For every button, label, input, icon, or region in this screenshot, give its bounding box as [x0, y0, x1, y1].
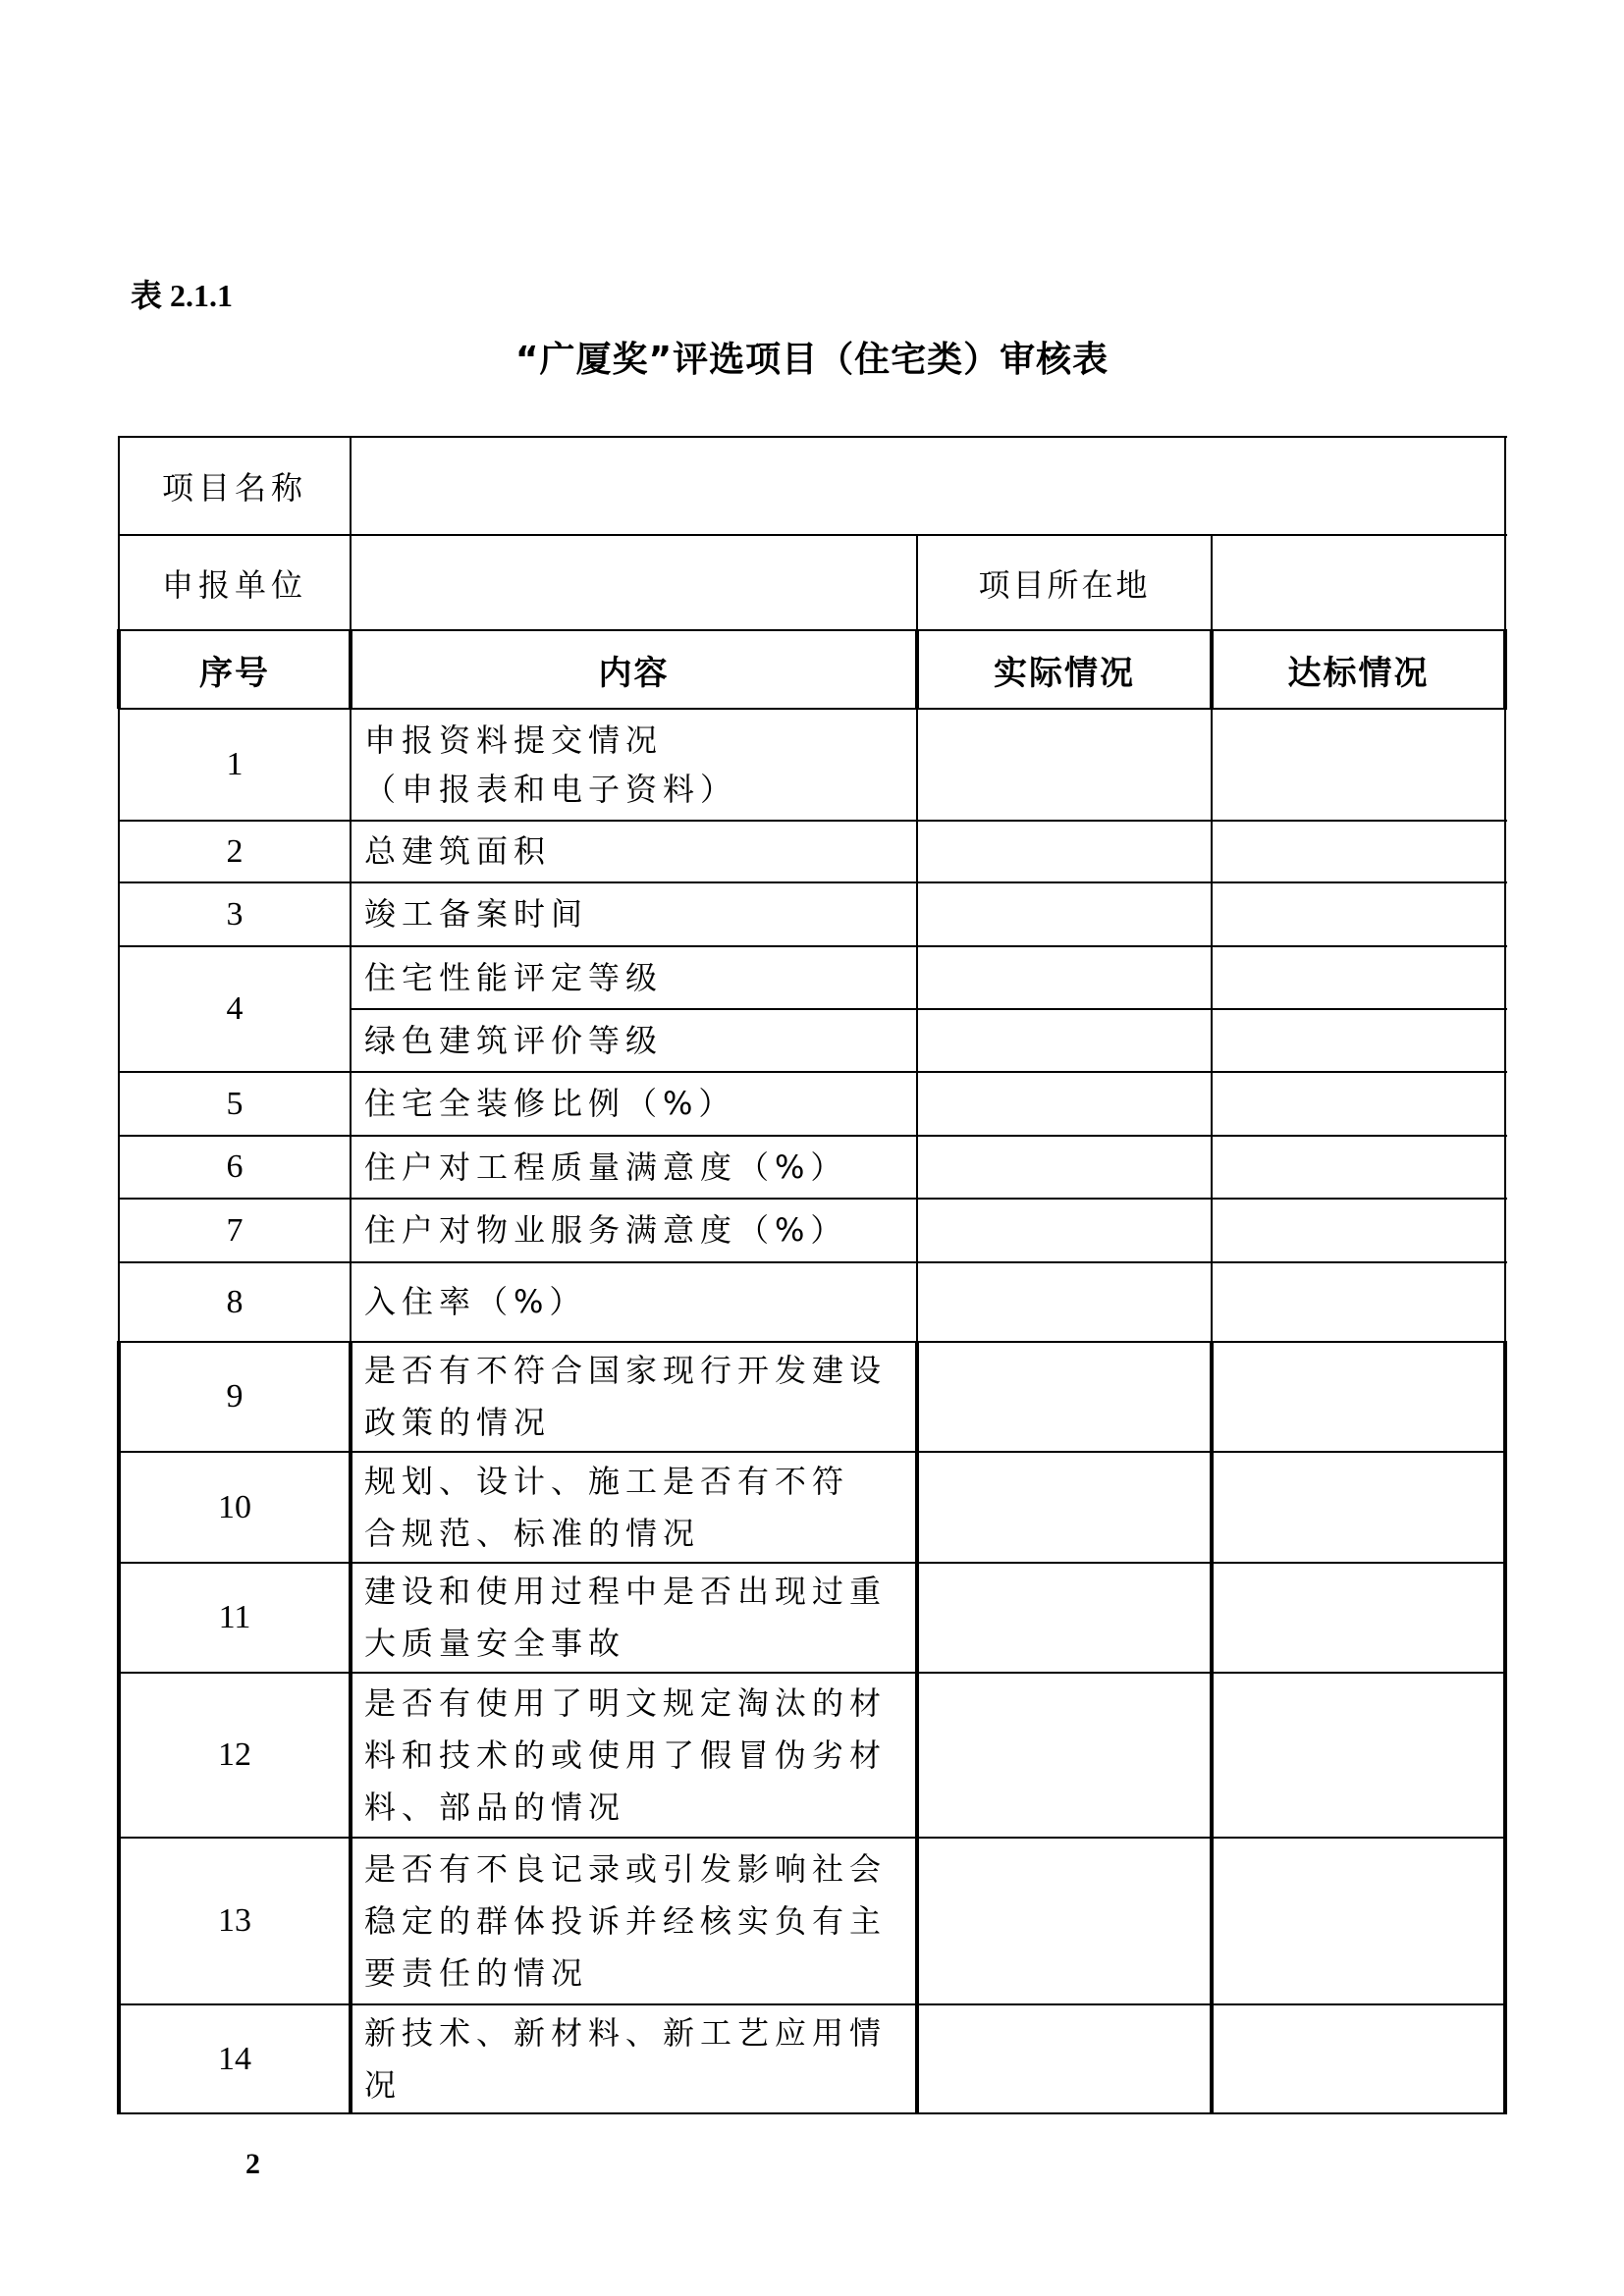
document-title: “广厦奖”评选项目（住宅类）审核表	[119, 332, 1505, 382]
row-number: 1	[119, 709, 351, 821]
table-border	[119, 629, 1507, 631]
actual-cell[interactable]	[917, 1838, 1212, 2004]
row-content: 绿色建筑评价等级	[351, 1009, 917, 1072]
row-number: 11	[119, 1563, 351, 1673]
table-border	[1211, 709, 1213, 1342]
table-border	[916, 534, 918, 630]
table-border	[119, 881, 1507, 883]
actual-cell[interactable]	[917, 946, 1212, 1009]
table-number-label: 表 2.1.1	[131, 271, 233, 316]
column-header-content: 内容	[351, 630, 917, 709]
table-border	[1503, 1341, 1507, 2114]
project-location-label: 项目所在地	[917, 535, 1212, 630]
compliance-cell[interactable]	[1212, 1673, 1505, 1838]
page-number: 2	[245, 2148, 260, 2181]
compliance-cell[interactable]	[1212, 2004, 1505, 2113]
compliance-cell[interactable]	[1212, 946, 1505, 1009]
compliance-cell[interactable]	[1212, 1563, 1505, 1673]
table-border	[117, 1341, 121, 2114]
table-border	[915, 629, 919, 709]
table-border	[119, 2112, 1507, 2114]
table-border	[349, 1341, 352, 2114]
table-border	[119, 1837, 1507, 1839]
row-content: 住户对物业服务满意度（%）	[351, 1199, 917, 1262]
actual-cell[interactable]	[917, 1563, 1212, 1673]
row-content: 新技术、新材料、新工艺应用情 况	[351, 2004, 917, 2113]
table-border	[119, 1135, 1507, 1137]
table-border	[119, 1198, 1507, 1200]
row-content: 申报资料提交情况 （申报表和电子资料）	[351, 709, 917, 821]
row-number: 14	[119, 2004, 351, 2113]
table-border	[119, 436, 1507, 438]
compliance-cell[interactable]	[1212, 1072, 1505, 1136]
row-content: 是否有不良记录或引发影响社会 稳定的群体投诉并经核实负有主 要责任的情况	[351, 1838, 917, 2004]
column-header-number: 序号	[119, 630, 351, 709]
row-content: 规划、设计、施工是否有不符 合规范、标准的情况	[351, 1452, 917, 1563]
table-border	[1210, 629, 1214, 709]
compliance-cell[interactable]	[1212, 709, 1505, 821]
compliance-cell[interactable]	[1212, 1452, 1505, 1563]
table-border	[119, 1562, 1507, 1564]
row-number: 2	[119, 821, 351, 882]
actual-cell[interactable]	[917, 821, 1212, 882]
actual-cell[interactable]	[917, 1673, 1212, 1838]
row-number: 10	[119, 1452, 351, 1563]
row-number: 4	[119, 946, 351, 1072]
actual-cell[interactable]	[917, 1009, 1212, 1072]
compliance-cell[interactable]	[1212, 1009, 1505, 1072]
column-header-actual: 实际情况	[917, 630, 1212, 709]
project-name-label: 项目名称	[119, 437, 351, 535]
row-number: 3	[119, 882, 351, 946]
compliance-cell[interactable]	[1212, 1136, 1505, 1199]
project-name-field[interactable]	[351, 437, 1505, 535]
table-border	[1504, 436, 1506, 630]
compliance-cell[interactable]	[1212, 1838, 1505, 2004]
table-border	[915, 1341, 919, 2114]
compliance-cell[interactable]	[1212, 1262, 1505, 1342]
table-border	[119, 1071, 1507, 1073]
table-border	[117, 629, 121, 709]
row-number: 6	[119, 1136, 351, 1199]
row-number: 5	[119, 1072, 351, 1136]
row-content: 住宅全装修比例（%）	[351, 1072, 917, 1136]
row-content: 是否有使用了明文规定淘汰的材 料和技术的或使用了假冒伪劣材 料、部品的情况	[351, 1673, 917, 1838]
table-border	[118, 436, 120, 630]
table-border	[1503, 629, 1507, 709]
row-content: 竣工备案时间	[351, 882, 917, 946]
applicant-unit-field[interactable]	[351, 535, 917, 630]
table-border	[351, 1008, 1507, 1010]
actual-cell[interactable]	[917, 709, 1212, 821]
compliance-cell[interactable]	[1212, 1199, 1505, 1262]
actual-cell[interactable]	[917, 1072, 1212, 1136]
table-border	[1211, 534, 1213, 630]
row-content: 住宅性能评定等级	[351, 946, 917, 1009]
applicant-unit-label: 申报单位	[119, 535, 351, 630]
table-border	[118, 709, 120, 1342]
row-content: 总建筑面积	[351, 821, 917, 882]
row-number: 8	[119, 1262, 351, 1342]
actual-cell[interactable]	[917, 1199, 1212, 1262]
project-location-field[interactable]	[1212, 535, 1505, 630]
table-border	[916, 709, 918, 1342]
row-number: 12	[119, 1673, 351, 1838]
table-border	[119, 945, 1507, 947]
compliance-cell[interactable]	[1212, 821, 1505, 882]
compliance-cell[interactable]	[1212, 882, 1505, 946]
table-border	[119, 1341, 1507, 1343]
compliance-cell[interactable]	[1212, 1342, 1505, 1452]
row-content: 建设和使用过程中是否出现过重 大质量安全事故	[351, 1563, 917, 1673]
row-number: 9	[119, 1342, 351, 1452]
actual-cell[interactable]	[917, 2004, 1212, 2113]
actual-cell[interactable]	[917, 1136, 1212, 1199]
table-border	[349, 629, 352, 709]
table-border	[350, 436, 352, 630]
actual-cell[interactable]	[917, 882, 1212, 946]
table-border	[119, 1672, 1507, 1674]
table-border	[1210, 1341, 1214, 2114]
table-border	[119, 534, 1507, 536]
actual-cell[interactable]	[917, 1262, 1212, 1342]
table-border	[1504, 709, 1506, 1342]
table-border	[119, 1261, 1507, 1263]
actual-cell[interactable]	[917, 1342, 1212, 1452]
row-content: 是否有不符合国家现行开发建设 政策的情况	[351, 1342, 917, 1452]
row-number: 13	[119, 1838, 351, 2004]
row-number: 7	[119, 1199, 351, 1262]
column-header-compliance: 达标情况	[1212, 630, 1505, 709]
table-border	[119, 2003, 1507, 2005]
table-border	[119, 708, 1507, 710]
table-border	[119, 1451, 1507, 1453]
table-border	[350, 709, 352, 1342]
table-border	[119, 820, 1507, 822]
row-content: 住户对工程质量满意度（%）	[351, 1136, 917, 1199]
actual-cell[interactable]	[917, 1452, 1212, 1563]
row-content: 入住率（%）	[351, 1262, 917, 1342]
